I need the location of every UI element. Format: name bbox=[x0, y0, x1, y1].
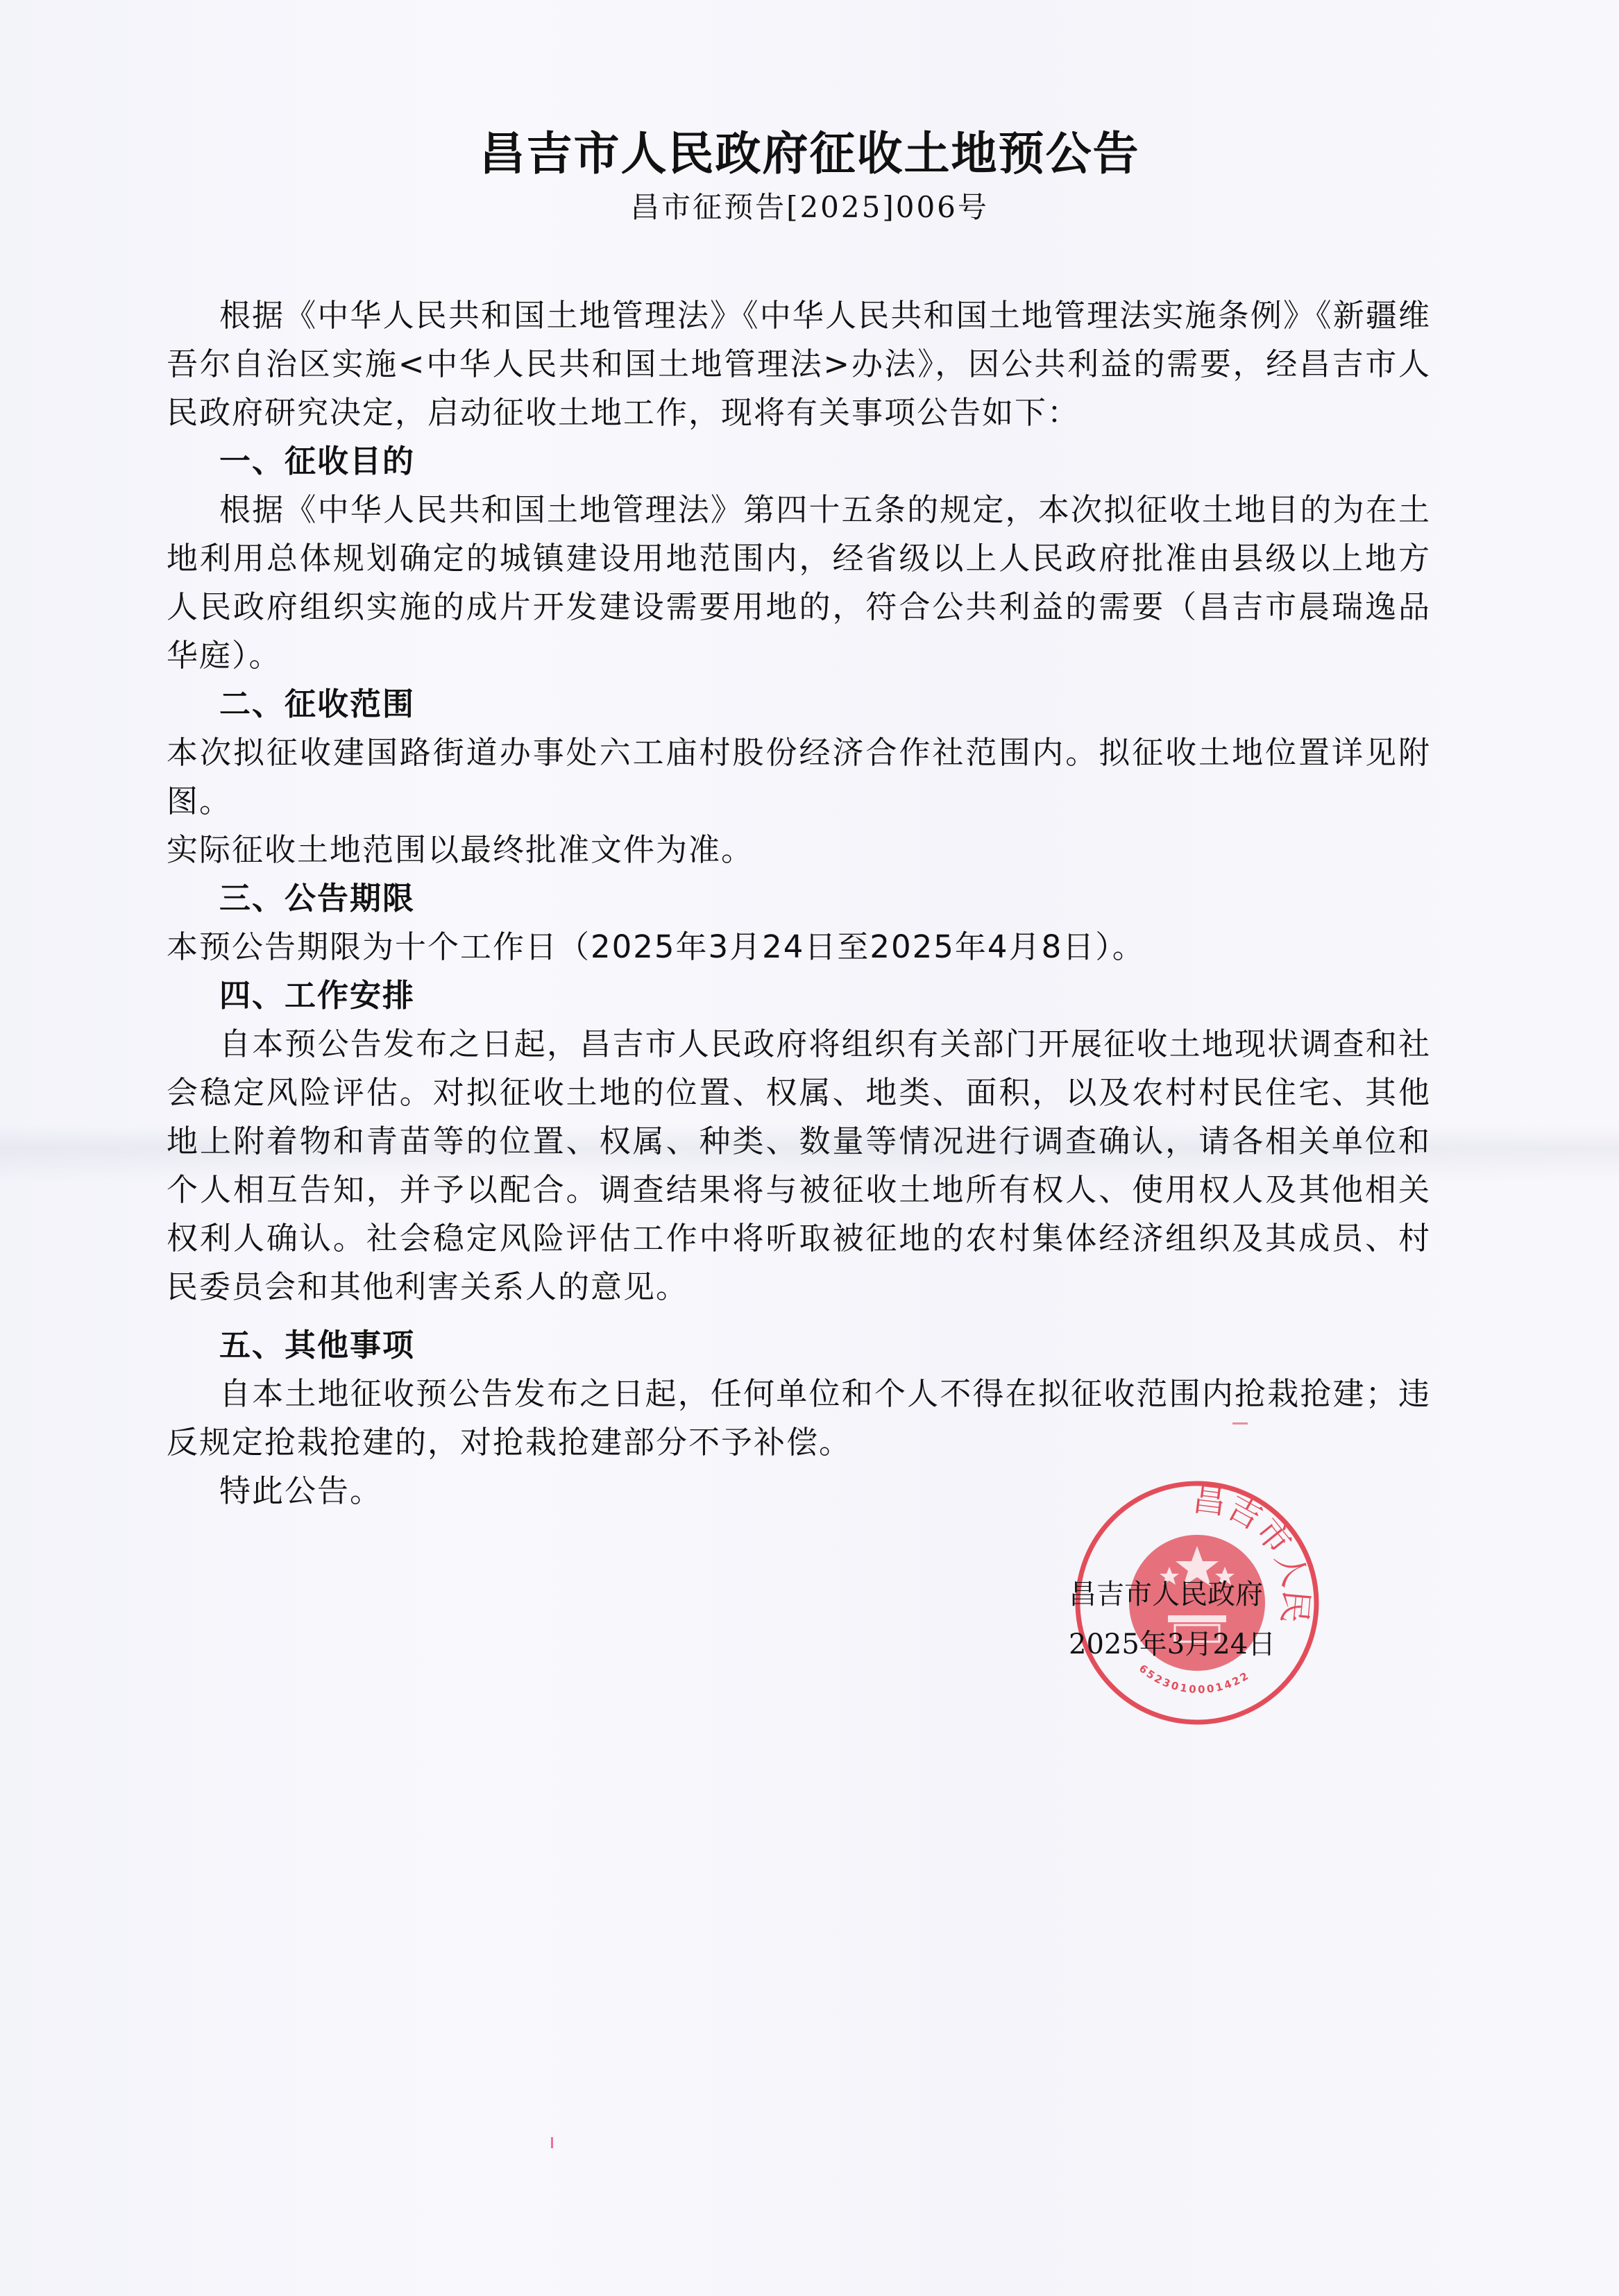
document-body: 根据《中华人民共和国土地管理法》《中华人民共和国土地管理法实施条例》《新疆维吾尔… bbox=[167, 291, 1431, 1515]
issue-date: 2025年3月24日 bbox=[1069, 1619, 1346, 1669]
issuer-name: 昌吉市人民政府 bbox=[1069, 1570, 1346, 1619]
stray-ink-mark bbox=[1232, 1422, 1248, 1425]
section-heading-period: 三、公告期限 bbox=[167, 874, 1431, 923]
section-heading-other-matters: 五、其他事项 bbox=[167, 1321, 1431, 1370]
document-page: 昌吉市人民政府征收土地预公告 昌市征预告[2025]006号 根据《中华人民共和… bbox=[0, 0, 1619, 2296]
section-paragraph: 本次拟征收建国路街道办事处六工庙村股份经济合作社范围内。拟征收土地位置详见附图。 bbox=[167, 729, 1431, 826]
document-number: 昌市征预告[2025]006号 bbox=[0, 185, 1619, 226]
signature-block: 昌吉市人民政府 2025年3月24日 bbox=[1069, 1570, 1346, 1669]
section-heading-work-arrangement: 四、工作安排 bbox=[167, 971, 1431, 1020]
section-paragraph: 实际征收土地范围以最终批准文件为准。 bbox=[167, 826, 1431, 874]
section-paragraph: 根据《中华人民共和国土地管理法》第四十五条的规定，本次拟征收土地目的为在土地利用… bbox=[167, 486, 1431, 680]
intro-paragraph: 根据《中华人民共和国土地管理法》《中华人民共和国土地管理法实施条例》《新疆维吾尔… bbox=[167, 291, 1431, 437]
section-heading-purpose: 一、征收目的 bbox=[167, 437, 1431, 486]
document-title: 昌吉市人民政府征收土地预公告 bbox=[0, 117, 1619, 182]
stray-ink-mark bbox=[551, 2137, 553, 2148]
section-paragraph: 自本预公告发布之日起，昌吉市人民政府将组织有关部门开展征收土地现状调查和社会稳定… bbox=[167, 1020, 1431, 1311]
section-paragraph: 自本土地征收预公告发布之日起，任何单位和个人不得在拟征收范围内抢栽抢建；违反规定… bbox=[167, 1370, 1431, 1467]
section-heading-scope: 二、征收范围 bbox=[167, 680, 1431, 729]
section-paragraph: 本预公告期限为十个工作日（2025年3月24日至2025年4月8日）。 bbox=[167, 923, 1431, 971]
